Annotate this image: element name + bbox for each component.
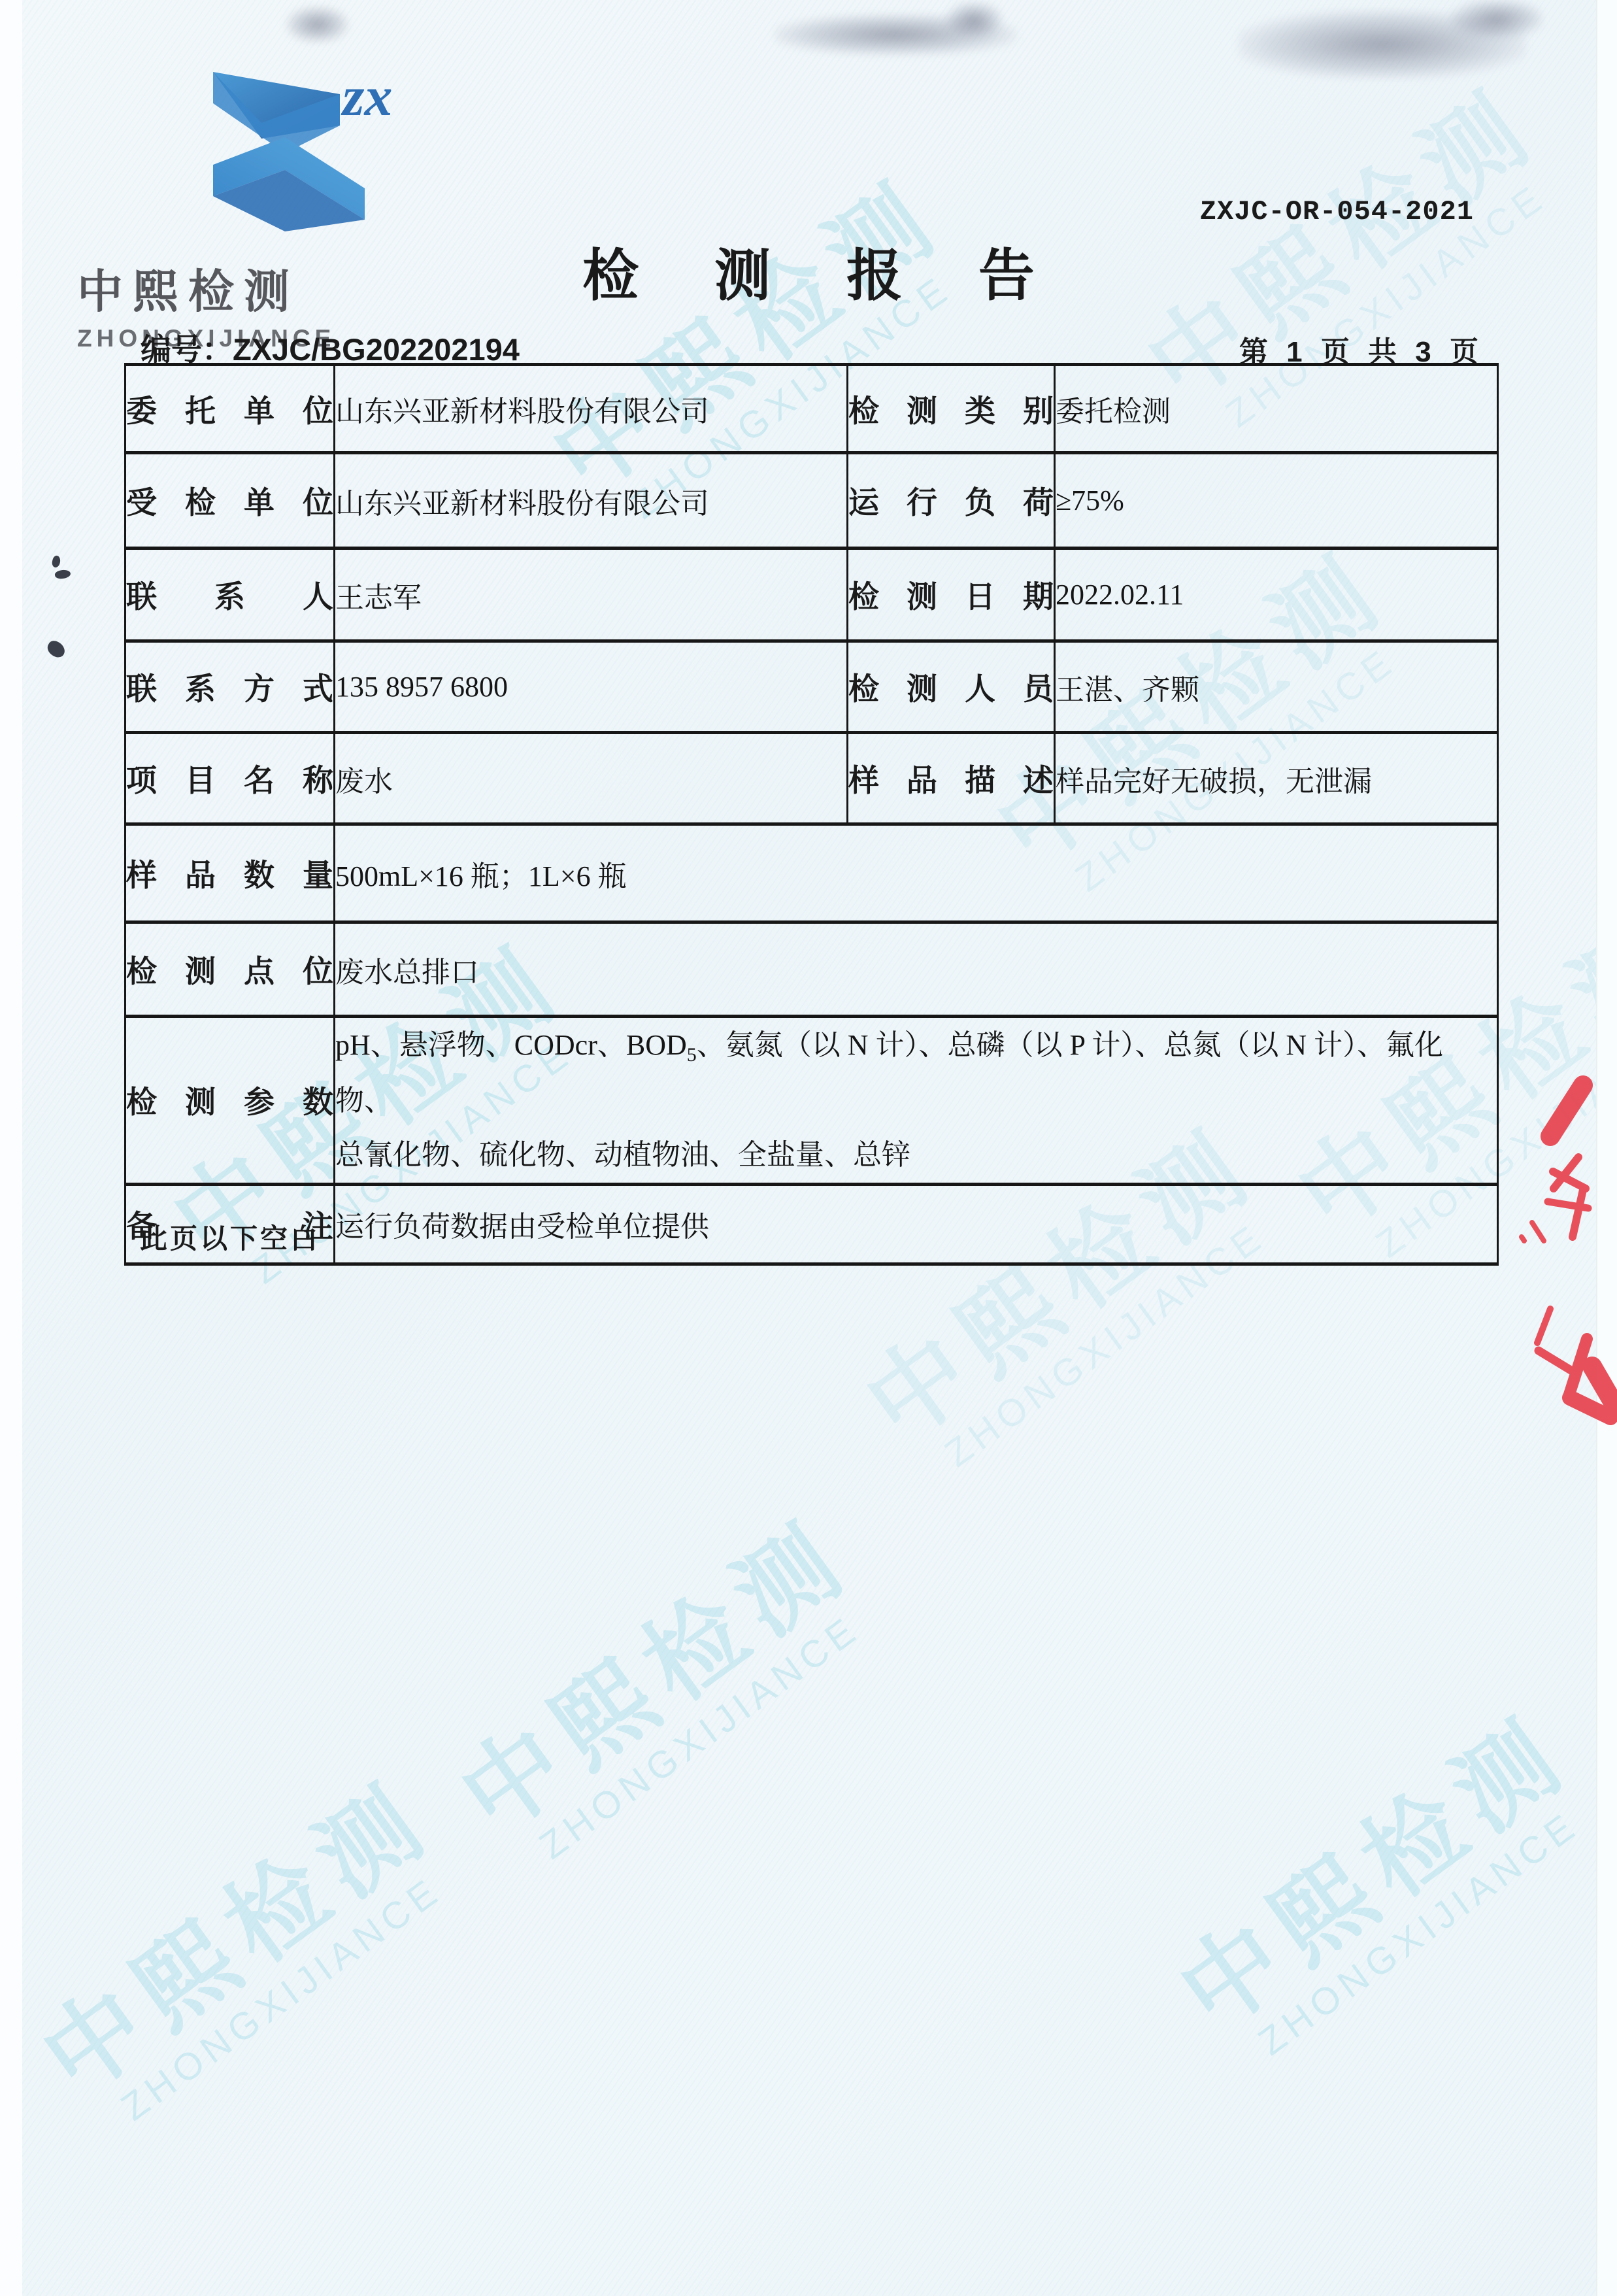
value-sample-description: 样品完好无破损，无泄漏 <box>1055 733 1498 824</box>
document-code: ZXJC-OR-054-2021 <box>1200 196 1474 228</box>
value-remark: 运行负荷数据由受检单位提供 <box>335 1184 1498 1264</box>
table-row: 联系人 王志军 检测日期 2022.02.11 <box>125 549 1498 641</box>
value-inspected-unit: 山东兴亚新材料股份有限公司 <box>335 453 848 549</box>
scan-right-edge <box>1596 0 1617 2296</box>
scan-smudge <box>946 3 1002 37</box>
value-contact-person: 王志军 <box>335 549 848 641</box>
label-contact-phone: 联系方式 <box>125 641 335 733</box>
table-row: 联系方式 135 8957 6800 检测人员 王湛、齐颗 <box>125 641 1498 733</box>
report-title: 检 测 报 告 <box>0 230 1617 311</box>
table-row: 受检单位 山东兴亚新材料股份有限公司 运行负荷 ≥75% <box>125 453 1498 549</box>
table-row: 检测点位 废水总排口 <box>125 922 1498 1017</box>
ink-speck <box>51 555 61 568</box>
watermark: 中熙检测 ZHONGXIJIANCE <box>25 1764 476 2149</box>
label-client-unit: 委托单位 <box>125 365 335 453</box>
label-sample-description: 样品描述 <box>848 733 1055 824</box>
value-project-name: 废水 <box>335 733 848 824</box>
label-test-date: 检测日期 <box>848 549 1055 641</box>
table-row: 样品数量 500mL×16 瓶；1L×6 瓶 <box>125 824 1498 922</box>
value-test-category: 委托检测 <box>1055 365 1498 453</box>
scan-smudge <box>1451 0 1542 38</box>
label-test-parameters: 检测参数 <box>125 1017 335 1185</box>
scan-smudge <box>775 14 1016 55</box>
scan-left-edge <box>0 0 22 2296</box>
test-parameters-line2: 总氰化物、硫化物、动植物油、全盐量、总锌 <box>335 1128 1497 1183</box>
watermark: 中熙检测 ZHONGXIJIANCE <box>1163 1699 1614 2084</box>
value-test-date: 2022.02.11 <box>1055 549 1498 641</box>
value-contact-phone: 135 8957 6800 <box>335 641 848 733</box>
value-test-personnel: 王湛、齐颗 <box>1055 641 1498 733</box>
report-number-label: 编号： <box>141 332 233 367</box>
scan-smudge <box>1239 10 1526 78</box>
value-operating-load: ≥75% <box>1055 453 1498 549</box>
value-test-location: 废水总排口 <box>335 922 1498 1017</box>
scanned-report-page: 中熙检测 ZHONGXIJIANCE 中熙检测 ZHONGXIJIANCE 中熙… <box>0 0 1617 2296</box>
value-sample-quantity: 500mL×16 瓶；1L×6 瓶 <box>335 824 1498 922</box>
label-test-personnel: 检测人员 <box>848 641 1055 733</box>
label-test-category: 检测类别 <box>848 365 1055 453</box>
value-client-unit: 山东兴亚新材料股份有限公司 <box>335 365 848 453</box>
bod-subscript: 5 <box>687 1044 697 1066</box>
report-info-table: 委托单位 山东兴亚新材料股份有限公司 检测类别 委托检测 受检单位 山东兴亚新材… <box>124 363 1499 1266</box>
blank-below-note: 此页以下空白 <box>140 1217 320 1257</box>
logo-zx-letters: zx <box>341 65 392 127</box>
report-number-value: ZXJC/BG202202194 <box>233 332 520 367</box>
label-inspected-unit: 受检单位 <box>125 453 335 549</box>
label-test-location: 检测点位 <box>125 922 335 1017</box>
watermark: 中熙检测 ZHONGXIJIANCE <box>444 1503 895 1887</box>
table-row: 项目名称 废水 样品描述 样品完好无破损，无泄漏 <box>125 733 1498 824</box>
zx-logo-icon: zx <box>175 60 437 243</box>
test-parameters-line1: pH、悬浮物、CODcr、BOD5、氨氮（以 N 计）、总磷（以 P 计）、总氮… <box>335 1018 1497 1128</box>
label-contact-person: 联系人 <box>125 549 335 641</box>
ink-speck <box>44 638 67 660</box>
table-row: 备注 运行负荷数据由受检单位提供 <box>125 1184 1498 1264</box>
table-row: 检测参数 pH、悬浮物、CODcr、BOD5、氨氮（以 N 计）、总磷（以 P … <box>125 1017 1498 1185</box>
table-row: 委托单位 山东兴亚新材料股份有限公司 检测类别 委托检测 <box>125 365 1498 453</box>
scan-smudge <box>286 7 348 42</box>
label-sample-quantity: 样品数量 <box>125 824 335 922</box>
label-operating-load: 运行负荷 <box>848 453 1055 549</box>
label-project-name: 项目名称 <box>125 733 335 824</box>
value-test-parameters: pH、悬浮物、CODcr、BOD5、氨氮（以 N 计）、总磷（以 P 计）、总氮… <box>335 1017 1498 1185</box>
ink-speck <box>54 569 71 580</box>
